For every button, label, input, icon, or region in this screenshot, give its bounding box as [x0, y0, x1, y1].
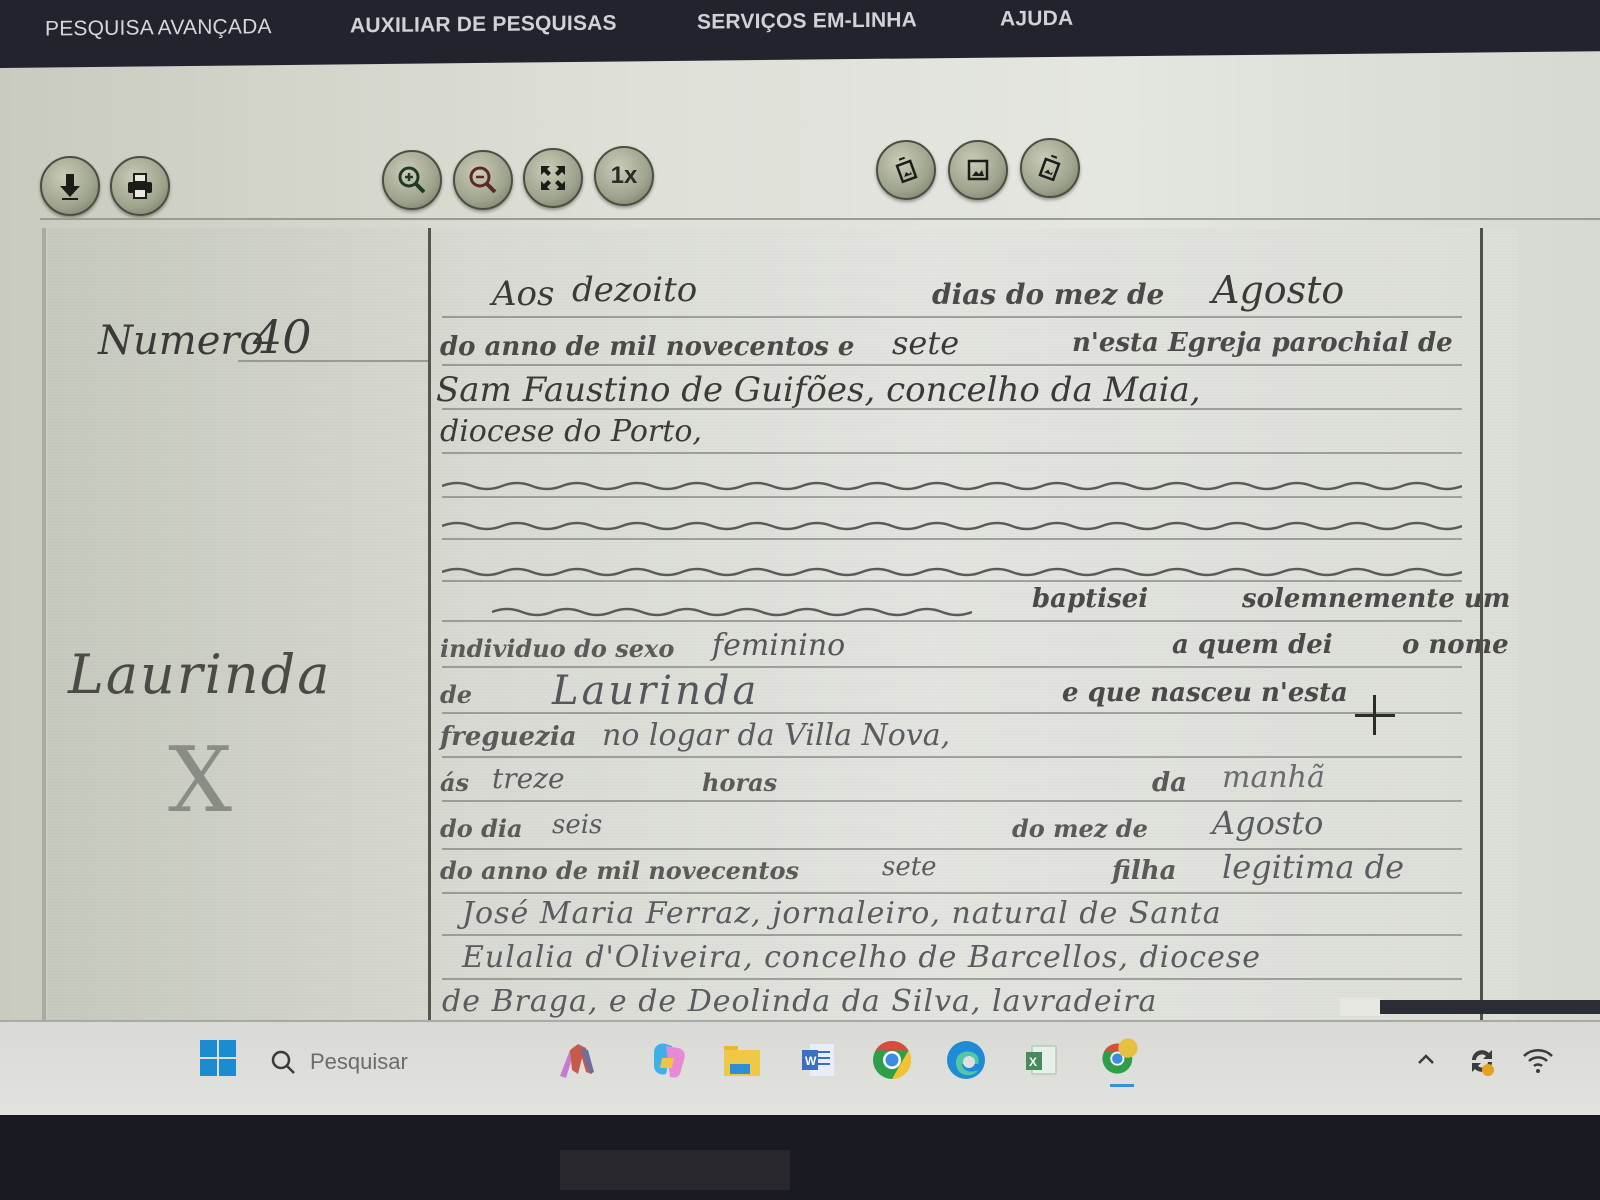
rule-line [442, 756, 1462, 758]
record-number-label: Numero [98, 318, 264, 364]
rule-line [238, 360, 428, 362]
text-handwritten: manhã [1222, 760, 1325, 795]
rule-line [442, 538, 1462, 540]
horizontal-scrollbar[interactable] [1380, 1000, 1600, 1014]
text-handwritten: sete [882, 852, 937, 882]
wifi-button[interactable] [1516, 1038, 1560, 1082]
text-handwritten: feminino [712, 628, 845, 663]
windows-logo-icon [198, 1038, 238, 1078]
rule-line [442, 892, 1462, 894]
nav-servicos-em-linha[interactable]: SERVIÇOS EM-LINHA [697, 8, 917, 34]
paint-icon [556, 1038, 600, 1082]
word-app[interactable]: W [796, 1038, 840, 1082]
laptop-brand-logo [560, 1150, 790, 1190]
chrome-profile-icon [1098, 1031, 1142, 1081]
copilot-app[interactable] [646, 1038, 690, 1082]
document-viewer[interactable]: Numero 40 Laurinda X Aos dezoito dias do… [48, 228, 1518, 1038]
nav-auxiliar-de-pesquisas[interactable]: AUXILIAR DE PESQUISAS [350, 12, 617, 39]
text-printed: da [1152, 768, 1187, 798]
text-printed: n'esta Egreja parochial de [1072, 328, 1453, 358]
margin-name: Laurinda [68, 643, 331, 706]
text-printed: horas [702, 768, 777, 797]
rule-line [442, 452, 1462, 454]
rule-line [442, 934, 1462, 936]
chrome-icon [870, 1038, 914, 1082]
text-printed: e que nasceu n'esta [1062, 678, 1348, 708]
word-icon: W [796, 1038, 840, 1082]
rule-line [442, 580, 1462, 582]
fit-screen-button[interactable] [523, 148, 583, 208]
rotate-right-button[interactable] [1020, 138, 1080, 198]
rule-line [442, 620, 1462, 622]
text-handwritten: no logar da Villa Nova, [602, 718, 950, 753]
text-handwritten: Sam Faustino de Guifões, concelho da Mai… [436, 370, 1201, 410]
file-explorer-app[interactable] [720, 1038, 764, 1082]
chrome-profile-app[interactable] [1098, 1034, 1142, 1078]
chrome-app[interactable] [870, 1038, 914, 1082]
rotate-left-icon [890, 154, 922, 186]
text-printed: Aos [492, 274, 554, 314]
text-handwritten: Eulalia d'Oliveira, concelho de Barcello… [462, 940, 1261, 975]
rule-line [442, 978, 1462, 980]
print-button[interactable] [110, 156, 170, 216]
margin-mark: X [168, 728, 232, 833]
text-printed: baptisei [1032, 584, 1148, 614]
filler-line [442, 518, 1462, 532]
text-printed: dias do mez de [932, 278, 1164, 311]
text-handwritten: de Braga, e de Deolinda da Silva, lavrad… [442, 984, 1157, 1019]
text-printed: do dia [440, 814, 523, 843]
text-printed: ás [440, 768, 469, 797]
sync-icon [1462, 1040, 1502, 1080]
rule-line [442, 712, 1462, 714]
show-hidden-icons-button[interactable] [1404, 1038, 1448, 1082]
zoom-in-icon [396, 164, 428, 196]
expand-icon [537, 162, 569, 194]
text-handwritten: treze [492, 762, 565, 795]
search-placeholder: Pesquisar [310, 1049, 408, 1075]
windows-taskbar: Pesquisar W X [0, 1020, 1600, 1115]
wifi-icon [1520, 1042, 1556, 1078]
text-printed: individuo do sexo [440, 634, 674, 663]
text-printed: o nome [1402, 630, 1509, 660]
text-handwritten: Laurinda [552, 668, 759, 714]
text-handwritten: diocese do Porto, [440, 414, 702, 449]
edge-icon [944, 1038, 988, 1082]
excel-app[interactable]: X [1020, 1038, 1064, 1082]
print-icon [124, 170, 156, 202]
screen: PESQUISA AVANÇADA AUXILIAR DE PESQUISAS … [0, 0, 1600, 1115]
text-handwritten: Agosto [1212, 268, 1344, 312]
text-printed: do anno de mil novecentos [440, 856, 799, 885]
nav-ajuda[interactable]: AJUDA [1000, 7, 1073, 32]
rule-line [442, 408, 1462, 410]
actual-size-label: 1x [611, 162, 638, 190]
rotate-left-button[interactable] [876, 140, 936, 200]
text-handwritten: seis [552, 810, 602, 840]
top-navigation: PESQUISA AVANÇADA AUXILIAR DE PESQUISAS … [0, 0, 1600, 68]
image-adjust-button[interactable] [948, 140, 1008, 200]
text-printed: filha [1112, 856, 1177, 886]
text-printed: de [440, 680, 472, 709]
zoom-out-icon [467, 164, 499, 196]
start-button[interactable] [196, 1036, 240, 1080]
download-icon [54, 170, 86, 202]
page-edge [42, 228, 46, 1038]
rule-line [442, 496, 1462, 498]
actual-size-button[interactable]: 1x [594, 146, 654, 206]
text-handwritten: dezoito [572, 270, 697, 310]
text-printed: a quem dei [1172, 630, 1333, 660]
excel-icon: X [1020, 1038, 1064, 1082]
paint-app[interactable] [556, 1038, 600, 1082]
text-printed: solemnemente um [1242, 584, 1510, 614]
text-printed: do mez de [1012, 814, 1148, 843]
record-body: Aos dezoito dias do mez de Agosto do ann… [432, 228, 1482, 1038]
svg-text:X: X [1029, 1055, 1037, 1069]
copilot-icon [646, 1038, 690, 1082]
search-icon [270, 1049, 296, 1075]
rule-line [442, 800, 1462, 802]
filler-line [442, 478, 1462, 492]
filler-line [442, 564, 1462, 578]
active-app-indicator [1110, 1084, 1134, 1087]
sync-status-button[interactable] [1460, 1038, 1504, 1082]
text-handwritten: José Maria Ferraz, jornaleiro, natural d… [462, 896, 1222, 931]
rotate-right-icon [1034, 152, 1066, 184]
image-icon [962, 154, 994, 186]
taskbar-search[interactable]: Pesquisar [270, 1042, 408, 1082]
text-handwritten: Agosto [1212, 804, 1323, 842]
record-number-value: 40 [253, 310, 312, 364]
text-printed: do anno de mil novecentos e [440, 332, 854, 362]
rule-line [442, 316, 1462, 318]
page-border [1480, 228, 1483, 1038]
text-handwritten: legitima de [1222, 848, 1404, 886]
zoom-in-button[interactable] [382, 150, 442, 210]
zoom-out-button[interactable] [453, 150, 513, 210]
crosshair-cursor [1355, 695, 1395, 735]
svg-text:W: W [805, 1054, 817, 1068]
text-printed: freguezia [440, 722, 577, 752]
scrollbar-thumb[interactable] [1340, 998, 1380, 1016]
rule-line [442, 364, 1462, 366]
edge-app[interactable] [944, 1038, 988, 1082]
text-handwritten: sete [892, 324, 959, 362]
nav-pesquisa-avancada[interactable]: PESQUISA AVANÇADA [45, 15, 272, 41]
viewer-toolbar: 1x [0, 120, 1600, 220]
chevron-up-icon [1414, 1048, 1438, 1072]
download-button[interactable] [40, 156, 100, 216]
filler-line [492, 604, 972, 618]
folder-icon [720, 1038, 764, 1082]
record-margin: Numero 40 Laurinda X [48, 228, 431, 1038]
